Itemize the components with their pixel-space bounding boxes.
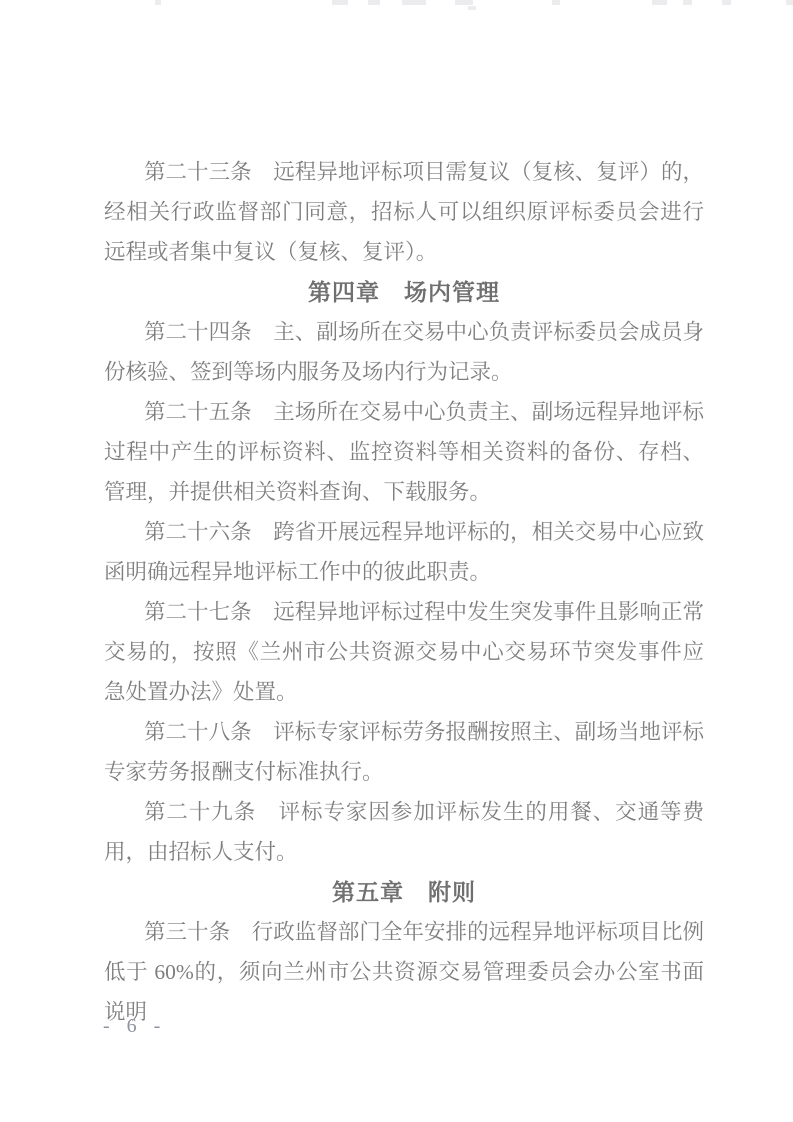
article-28-paragraph: 第二十八条 评标专家评标劳务报酬按照主、副场当地评标专家劳务报酬支付标准执行。 <box>104 712 704 792</box>
scan-mark <box>652 0 667 5</box>
scan-mark <box>468 6 476 10</box>
scan-mark <box>455 0 473 5</box>
document-body: 第二十三条 远程异地评标项目需复议（复核、复评）的，经相关行政监督部门同意，招标… <box>104 152 704 1032</box>
chapter-4-heading: 第四章 场内管理 <box>104 272 704 312</box>
article-25-paragraph: 第二十五条 主场所在交易中心负责主、副场远程异地评标过程中产生的评标资料、监控资… <box>104 392 704 512</box>
article-27-paragraph: 第二十七条 远程异地评标过程中发生突发事件且影响正常交易的，按照《兰州市公共资源… <box>104 592 704 712</box>
document-page: 第二十三条 远程异地评标项目需复议（复核、复评）的，经相关行政监督部门同意，招标… <box>0 0 793 1122</box>
scan-mark <box>552 0 560 5</box>
article-30-paragraph: 第三十条 行政监督部门全年安排的远程异地评标项目比例低于 60%的，须向兰州市公… <box>104 912 704 1032</box>
article-24-paragraph: 第二十四条 主、副场所在交易中心负责评标委员会成员身份核验、签到等场内服务及场内… <box>104 312 704 392</box>
scan-mark <box>683 0 692 5</box>
article-26-paragraph: 第二十六条 跨省开展远程异地评标的，相关交易中心应致函明确远程异地评标工作中的彼… <box>104 512 704 592</box>
scan-mark <box>155 0 161 5</box>
scan-mark <box>332 0 348 5</box>
article-23-paragraph: 第二十三条 远程异地评标项目需复议（复核、复评）的，经相关行政监督部门同意，招标… <box>104 152 704 272</box>
scan-mark <box>368 0 380 5</box>
article-29-paragraph: 第二十九条 评标专家因参加评标发生的用餐、交通等费用，由招标人支付。 <box>104 792 704 872</box>
scan-mark <box>402 0 426 5</box>
chapter-5-heading: 第五章 附则 <box>104 872 704 912</box>
page-number: - 6 - <box>103 1014 166 1038</box>
scan-mark <box>786 0 793 5</box>
scan-mark <box>722 0 731 5</box>
